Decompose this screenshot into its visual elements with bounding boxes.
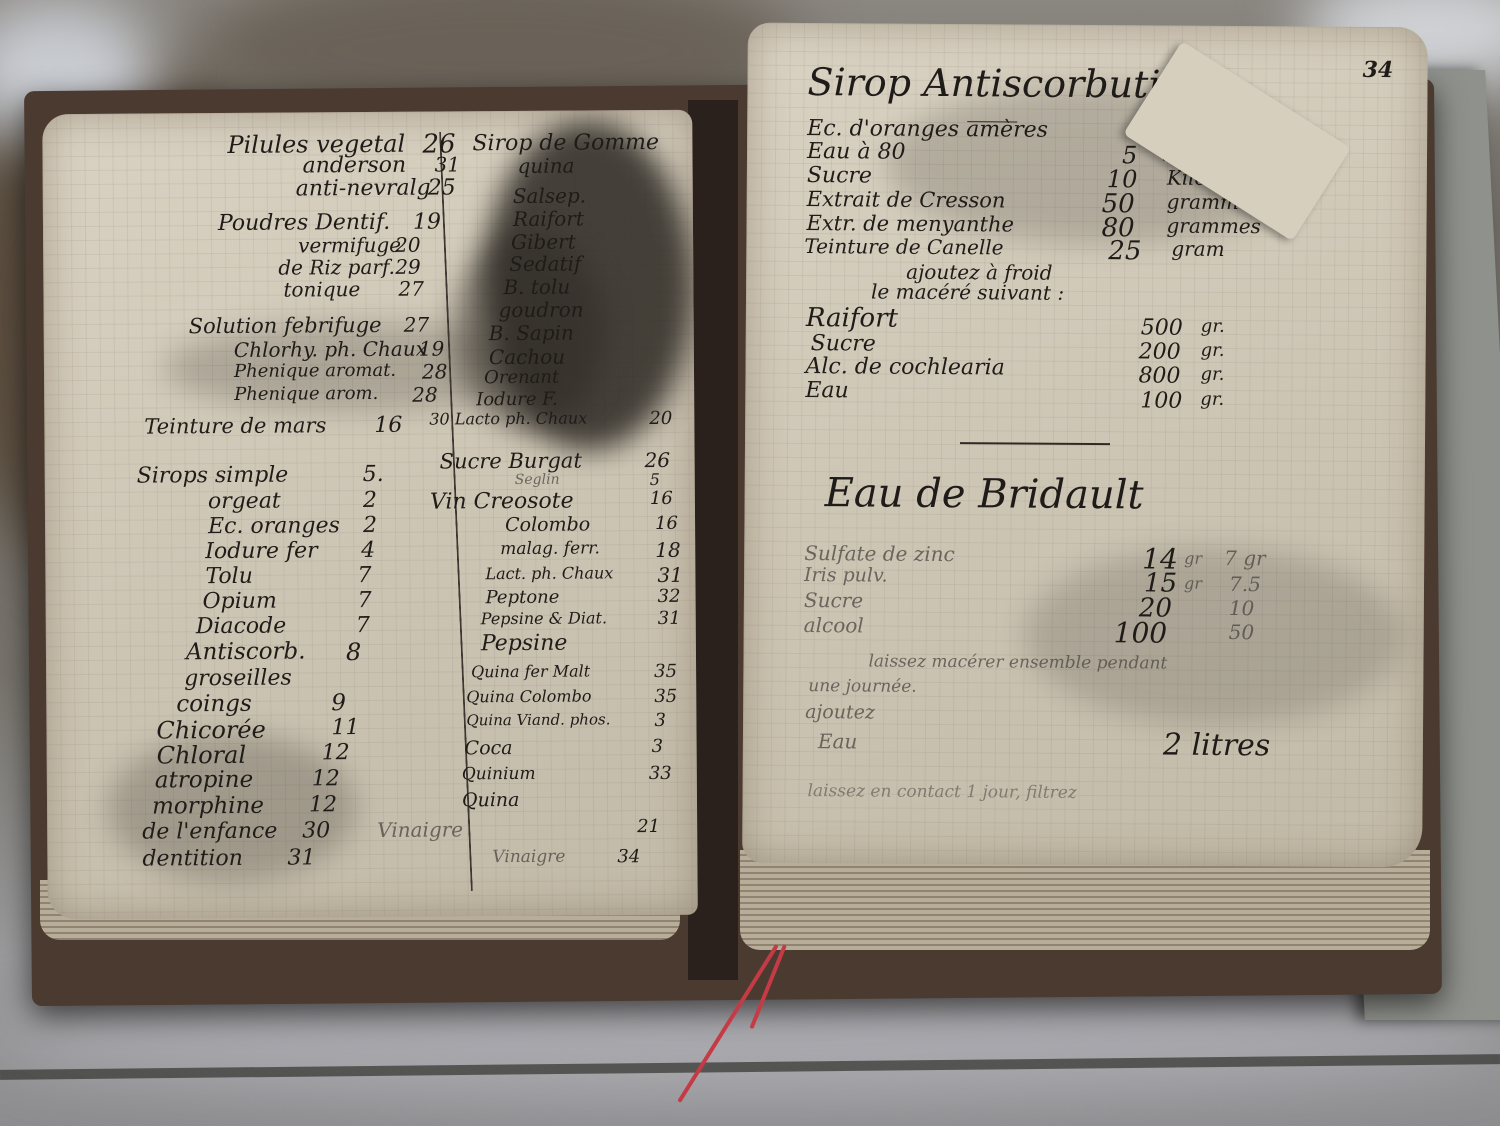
instruction-text: une journée. — [808, 678, 917, 696]
instruction-text: laissez macérer ensemble pendant — [868, 653, 1167, 672]
entry-num: 28 — [412, 385, 438, 405]
ingredient-unit: gr. — [1201, 318, 1225, 336]
entry-label: Tolu — [205, 566, 253, 588]
entry-label: Raifort — [513, 209, 584, 229]
ingredient-label: Alc. de cochlearia — [805, 356, 1004, 379]
entry-label: quina — [518, 156, 575, 176]
entry-label: Antiscorb. — [186, 640, 306, 664]
entry-num: 28 — [422, 361, 448, 381]
entry-num: 29 — [395, 257, 421, 277]
entry-label: Cachou — [489, 347, 565, 368]
entry-num: 25 — [428, 177, 456, 199]
ingredient-qty: 500 — [1141, 317, 1183, 339]
entry-label: Phenique arom. — [234, 385, 378, 404]
entry-num: 21 — [637, 818, 660, 836]
entry-label: Vinaigre — [492, 849, 565, 867]
entry-label: Sirops simple — [137, 465, 289, 488]
ingredient-unit: gr. — [1200, 366, 1224, 384]
entry-label: coings — [176, 693, 252, 717]
instruction-text: laissez en contact 1 jour, filtrez — [808, 783, 1077, 802]
page-number: 34 — [1363, 59, 1394, 81]
entry-label: Iodure F. — [476, 391, 558, 410]
entry-label: Vin Creosote — [430, 491, 574, 514]
ingredient-qty: 10 — [1107, 167, 1138, 191]
ingredient-unit: gr — [1184, 551, 1202, 567]
entry-label: goudron — [499, 300, 584, 321]
ingredient-label: Sucre — [807, 165, 872, 187]
ingredient-qty: 2 litres — [1163, 731, 1271, 762]
entry-label: de Riz parf. — [278, 257, 395, 278]
entry-num: 11 — [331, 717, 359, 739]
ingredient-label: Eau — [818, 731, 858, 751]
ingredient-label: Teinture de Canelle — [804, 236, 1003, 257]
ingredient-label: Extr. de menyanthe — [806, 213, 1014, 235]
entry-num: 9 — [331, 692, 346, 715]
entry-num: 18 — [655, 540, 681, 560]
entry-label: de l'enfance — [142, 821, 277, 844]
ingredient-alt-qty: 10 — [1229, 598, 1255, 618]
entry-label: 30 Lacto ph. Chaux — [429, 410, 587, 427]
entry-label: Quina — [462, 791, 520, 810]
ingredient-label: Sucre — [811, 333, 876, 355]
instruction-text: le macéré suivant : — [871, 282, 1064, 303]
ingredient-qty: 200 — [1139, 341, 1181, 363]
ingredient-qty: 5 — [1122, 143, 1137, 167]
entry-label: tonique — [283, 279, 360, 300]
entry-num: 7 — [357, 565, 371, 587]
entry-label: Sirop de Gomme — [472, 132, 659, 155]
entry-num: 2 — [363, 490, 377, 512]
ingredient-label: alcool — [804, 615, 864, 635]
entry-label: B. tolu — [503, 277, 570, 297]
entry-label: Sucre Burgat — [440, 451, 582, 473]
ingredient-label: Iris pulv. — [804, 566, 888, 586]
entry-label: Chlorhy. ph. Chaux — [234, 339, 427, 360]
entry-num: 35 — [654, 688, 677, 706]
left-page: Pilules vegetal 26 anderson 31 anti-nevr… — [42, 110, 698, 920]
entry-label: Teinture de mars — [144, 415, 326, 437]
entry-num: 3 — [654, 712, 666, 730]
entry-label: Quinium — [462, 766, 536, 784]
entry-label: Quina Viand. phos. — [466, 712, 610, 728]
entry-label: Peptone — [486, 589, 560, 608]
entry-num: 7 — [356, 615, 370, 637]
recipe-title: Eau de Bridault — [825, 473, 1144, 515]
ingredient-qty: 800 — [1138, 365, 1180, 387]
entry-num: 2 — [363, 515, 377, 537]
entry-num: 12 — [309, 794, 337, 816]
section-divider — [960, 442, 1110, 445]
entry-label: Poudres Dentif. — [218, 212, 390, 235]
ingredient-unit: gram — [1171, 239, 1224, 259]
entry-label: groseilles — [184, 668, 292, 691]
entry-num: 32 — [658, 588, 681, 606]
entry-num: 31 — [657, 565, 683, 585]
ingredient-label: Raifort — [806, 305, 898, 332]
entry-label: morphine — [152, 795, 264, 819]
entry-num: 27 — [404, 315, 430, 335]
entry-label: vermifuge — [298, 235, 401, 256]
entry-label: Solution febrifuge — [189, 315, 382, 337]
entry-label: dentition — [142, 848, 243, 871]
entry-num: 20 — [395, 235, 421, 255]
entry-num: 30 — [302, 820, 330, 842]
ingredient-label: Extrait de Cresson — [807, 189, 1006, 211]
entry-label: Pepsine — [481, 633, 568, 656]
entry-num: 7 — [358, 590, 372, 612]
entry-label: atropine — [155, 769, 253, 793]
entry-label: Chloral — [157, 743, 247, 768]
entry-label: Iodure fer — [205, 540, 318, 563]
entry-label: Orenant — [484, 369, 559, 388]
entry-label: Phenique aromat. — [234, 362, 396, 381]
ingredient-label: Sucre — [804, 590, 863, 610]
entry-label: B. Sapin — [489, 323, 574, 344]
entry-label: orgeat — [208, 491, 281, 514]
entry-label: Vinaigre — [377, 819, 463, 840]
entry-num: 19 — [419, 338, 445, 358]
ingredient-unit: grammes — [1166, 216, 1260, 237]
entry-num: 3 — [652, 738, 664, 756]
entry-num: 12 — [322, 742, 350, 764]
entry-label: Colombo — [505, 515, 590, 535]
ingredient-label: Eau — [805, 380, 849, 402]
entry-num: 31 — [287, 847, 315, 869]
entry-num: 16 — [650, 490, 673, 508]
entry-num: 31 — [658, 610, 681, 628]
ingredient-unit: gr. — [1201, 342, 1225, 360]
ingredient-label: Ec. d'oranges amères — [807, 118, 1048, 142]
ingredient-alt-qty: 50 — [1229, 622, 1255, 642]
ingredient-qty: 100 — [1114, 619, 1168, 647]
entry-label: Opium — [203, 591, 277, 614]
entry-num: 26 — [645, 450, 671, 470]
entry-label: anti-nevralg — [296, 178, 431, 201]
entry-label: malag. ferr. — [500, 540, 600, 558]
ingredient-alt-qty: 7 gr — [1224, 548, 1266, 568]
entry-num: 33 — [649, 765, 672, 783]
entry-label: Chicorée — [156, 718, 265, 743]
entry-label: Quina fer Malt — [471, 663, 590, 680]
entry-num: 8 — [346, 640, 361, 664]
entry-num: 12 — [312, 768, 340, 790]
instruction-text: ajoutez — [805, 703, 875, 722]
entry-num: 35 — [654, 663, 677, 681]
entry-label: Coca — [465, 739, 513, 758]
entry-label: Gibert — [511, 232, 576, 252]
entry-label: Salsep. — [513, 185, 586, 206]
entry-label: Lact. ph. Chaux — [485, 565, 613, 582]
ingredient-label: Sulfate de zinc — [804, 543, 955, 564]
entry-label: Ec. oranges — [208, 515, 340, 538]
entry-num: 19 — [413, 211, 441, 233]
shadow — [1023, 545, 1404, 728]
ingredient-qty: 25 — [1108, 238, 1141, 264]
entry-label: Diacode — [196, 616, 287, 639]
entry-label: Quina Colombo — [466, 688, 591, 705]
ingredient-qty: 100 — [1140, 390, 1182, 412]
entry-num: 5. — [363, 464, 384, 486]
entry-label: anderson — [302, 155, 406, 178]
ingredient-label: Eau à 80 — [807, 141, 906, 164]
entry-num: 31 — [434, 154, 460, 174]
right-page: 34 Sirop Antiscorbutique Ec. d'oranges a… — [742, 23, 1428, 868]
entry-num: 20 — [649, 410, 672, 428]
entry-num: 34 — [617, 848, 640, 866]
entry-num: 4 — [361, 540, 375, 562]
ingredient-unit: gr. — [1200, 391, 1224, 409]
entry-num: 16 — [374, 415, 402, 437]
entry-num: 5 — [650, 472, 660, 488]
entry-num: 16 — [655, 515, 678, 533]
entry-label: Pepsine & Diat. — [481, 610, 607, 627]
entry-num: 27 — [398, 279, 424, 299]
ingredient-alt-qty: 7.5 — [1229, 574, 1261, 594]
ingredient-unit: gr — [1184, 576, 1202, 592]
entry-label: Seglin — [515, 473, 560, 487]
entry-label: Sedatif — [509, 254, 581, 275]
